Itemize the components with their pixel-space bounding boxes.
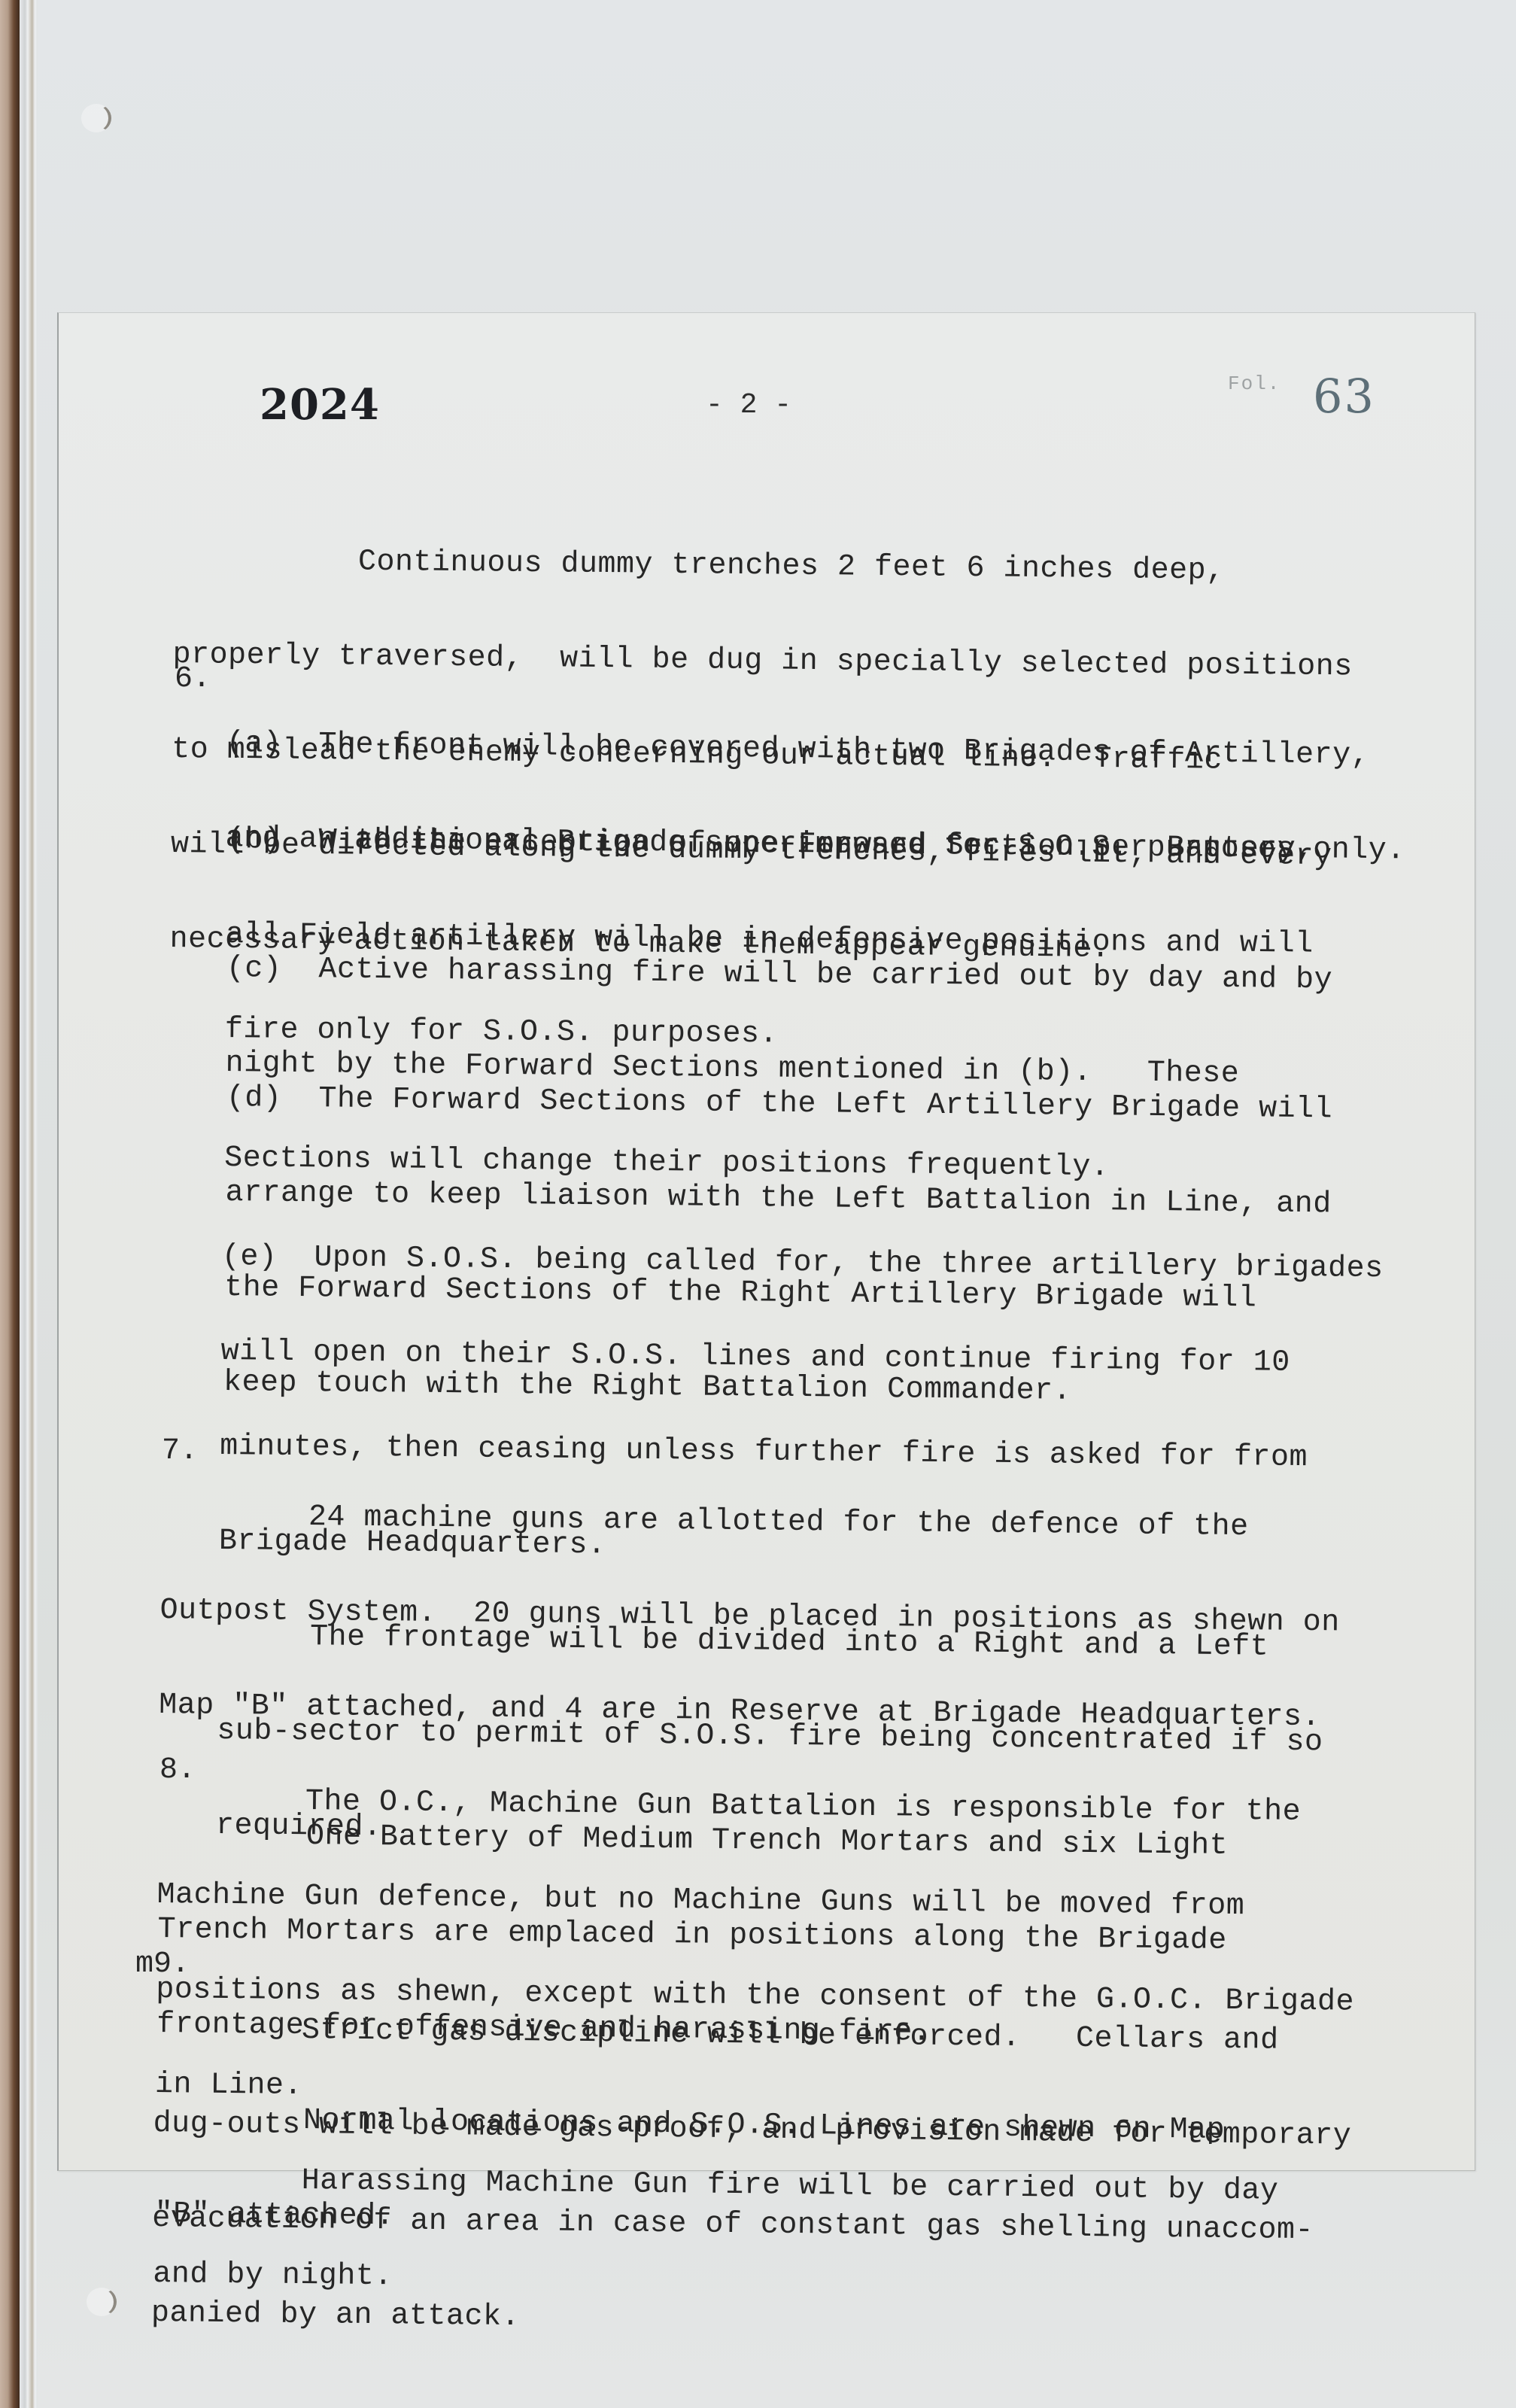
text-line: (e) Upon S.O.S. being called for, the th… <box>222 1242 1384 1285</box>
text-line: One Battery of Medium Trench Mortars and… <box>159 1820 1229 1862</box>
text-line: will open on their S.O.S. lines and cont… <box>220 1336 1382 1380</box>
reference-number: 2024 <box>260 380 380 430</box>
text-line: (d) The Forward Sections of the Left Art… <box>226 1083 1333 1126</box>
text-line: (b) With the exception of one Forward Se… <box>226 825 1314 866</box>
subparagraph-label: (c) <box>226 952 282 987</box>
text-line: 24 machine guns are allotted for the def… <box>161 1500 1360 1545</box>
text-line: Strict gas discipline will be enforced. … <box>154 2014 1353 2058</box>
page-stack-edge <box>20 0 38 2408</box>
text-line: Outpost System. 20 guns will be placed i… <box>159 1595 1358 1640</box>
text-line: Trench Mortars are emplaced in positions… <box>157 1914 1227 1957</box>
subparagraph-label: (e) <box>222 1240 278 1275</box>
subparagraph-label: (a) <box>226 727 282 762</box>
binder-edge <box>0 0 20 2408</box>
subparagraph-label: (b) <box>226 823 282 858</box>
subparagraph-label: (d) <box>226 1081 282 1116</box>
folio-faint-mark: Fol. <box>1228 372 1281 395</box>
text-line: Continuous dummy trenches 2 feet 6 inche… <box>174 545 1354 588</box>
text-line: evacuation of an area in case of constan… <box>152 2203 1350 2248</box>
text-line: Map "B" attached, and 4 are in Reserve a… <box>159 1690 1357 1735</box>
paragraph-number-6: 6. <box>175 662 211 696</box>
punch-hole-icon <box>87 2288 117 2316</box>
text-line: panied by an attack. <box>151 2298 1350 2343</box>
page-marker: - 2 - <box>706 389 791 421</box>
text-line: dug-outs will be made gas-proof, and pro… <box>153 2109 1351 2153</box>
folio-number: 63 <box>1313 369 1375 424</box>
punch-hole-icon <box>81 104 111 132</box>
text-line: (c) Active harassing fire will be carrie… <box>226 953 1333 996</box>
paragraph-9: Strict gas discipline will be enforced. … <box>150 1950 1353 2374</box>
